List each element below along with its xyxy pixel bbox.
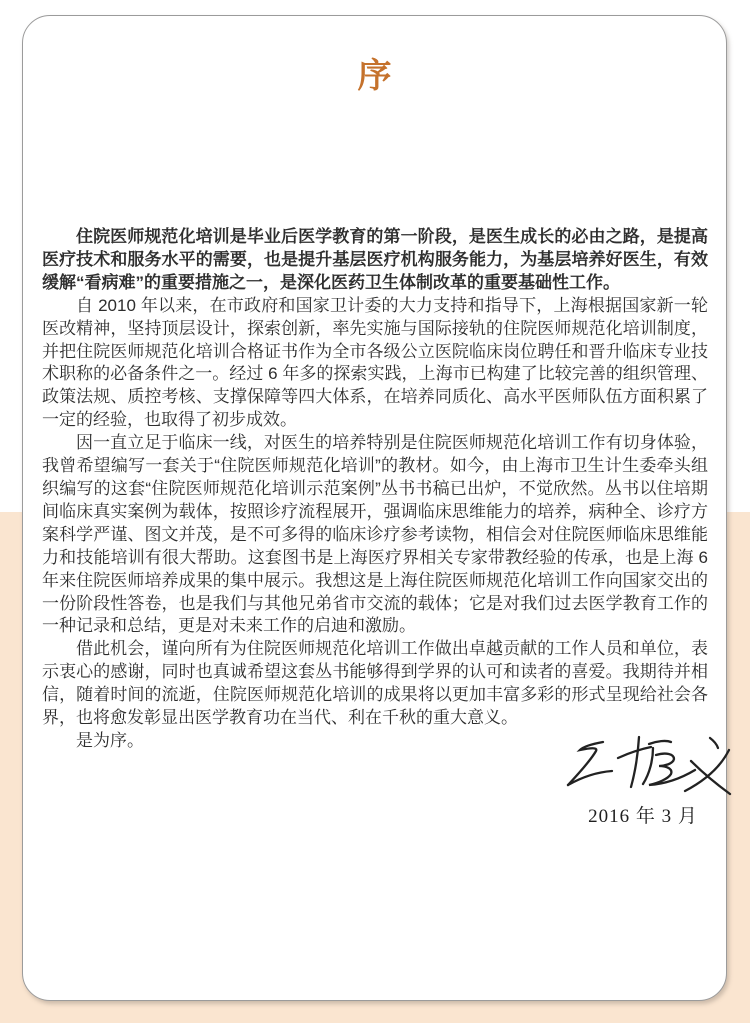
page-title: 序 bbox=[0, 48, 750, 97]
signature-handwriting-wang-zhenyi bbox=[552, 733, 734, 809]
preface-paragraph-3: 因一直立足于临床一线，对医生的培养特别是住院医师规范化培训工作有切身体验，我曾希… bbox=[42, 432, 708, 638]
preface-paragraph-4: 借此机会，谨向所有为住院医师规范化培训工作做出卓越贡献的工作人员和单位，表示衷心… bbox=[42, 638, 708, 730]
signature-date: 2016 年 3 月 bbox=[552, 801, 734, 828]
preface-paragraph-1: 住院医师规范化培训是毕业后医学教育的第一阶段，是医生成长的必由之路，是提高医疗技… bbox=[42, 226, 708, 295]
preface-body: 住院医师规范化培训是毕业后医学教育的第一阶段，是医生成长的必由之路，是提高医疗技… bbox=[42, 226, 708, 753]
preface-paragraph-2: 自 2010 年以来，在市政府和国家卫计委的大力支持和指导下，上海根据国家新一轮… bbox=[42, 295, 708, 432]
